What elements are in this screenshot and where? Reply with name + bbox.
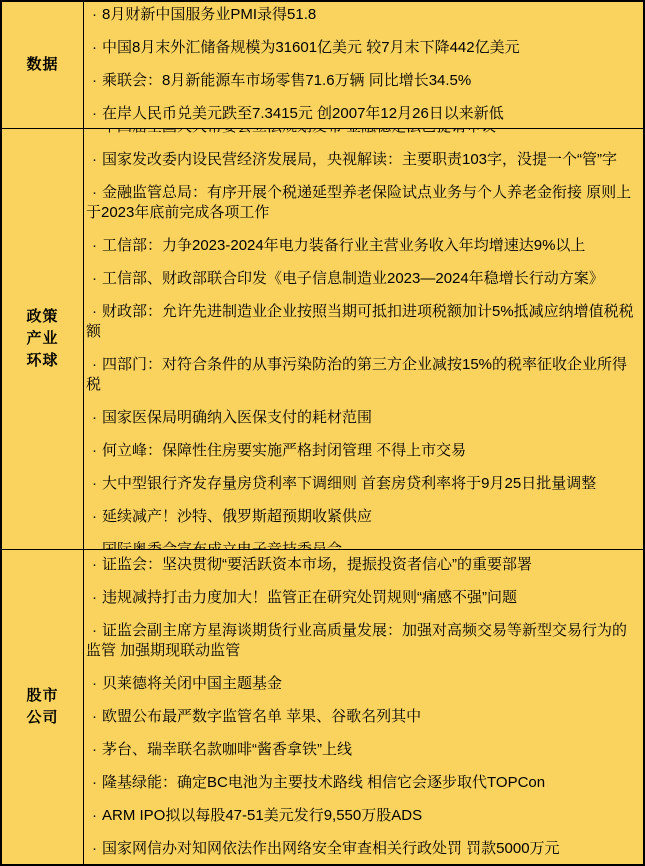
section-content: ·十四届全国人大常委会立法规划发布 金融稳定法已提请审议·国家发改委内设民营经济… <box>84 129 643 549</box>
news-item: ·工信部、财政部联合印发《电子信息制造业2023—2024年稳增长行动方案》 <box>86 269 635 289</box>
news-item-text: 证监会副主席方星海谈期货行业高质量发展：加强对高频交易等新型交易行为的监管 加强… <box>86 622 627 659</box>
bullet-icon: · <box>92 269 97 289</box>
news-item: ·十四届全国人大常委会立法规划发布 金融稳定法已提请审议 <box>86 129 635 137</box>
news-item-text: 工信部：力争2023-2024年电力装备行业主营业务收入年均增速达9%以上 <box>102 237 585 254</box>
section-label-data: 数据 <box>2 2 84 128</box>
news-item-text: 国家网信办对知网依法作出网络安全审查相关行政处罚 罚款5000万元 <box>102 840 560 857</box>
bullet-icon: · <box>92 707 97 727</box>
news-item: ·违规减持打击力度加大！监管正在研究处罚规则“痛感不强”问题 <box>86 588 635 608</box>
section-label-line: 数据 <box>26 54 58 76</box>
bullet-icon: · <box>92 183 97 203</box>
news-digest-table: 数据 ·8月财新中国服务业PMI录得51.8·中国8月末外汇储备规模为31601… <box>0 0 645 866</box>
bullet-icon: · <box>92 588 97 608</box>
section-label-line: 股市 <box>26 685 58 707</box>
news-item-text: 证监会：坚决贯彻“要活跃资本市场，提振投资者信心”的重要部署 <box>102 556 532 573</box>
section-row-policy-industry-global: 政策产业环球 ·十四届全国人大常委会立法规划发布 金融稳定法已提请审议·国家发改… <box>2 129 643 550</box>
news-item-text: 何立峰：保障性住房要实施严格封闭管理 不得上市交易 <box>102 442 466 459</box>
news-item-text: 违规减持打击力度加大！监管正在研究处罚规则“痛感不强”问题 <box>102 589 517 606</box>
news-item-text: 工信部、财政部联合印发《电子信息制造业2023—2024年稳增长行动方案》 <box>102 270 604 287</box>
news-item: ·四部门：对符合条件的从事污染防治的第三方企业减按15%的税率征收企业所得税 <box>86 355 635 395</box>
news-item-text: 国际奥委会宣布成立电子竞技委员会 <box>102 541 342 549</box>
news-item: ·中国8月末外汇储备规模为31601亿美元 较7月末下降442亿美元 <box>86 38 635 58</box>
section-content: ·8月财新中国服务业PMI录得51.8·中国8月末外汇储备规模为31601亿美元… <box>84 2 643 128</box>
news-item-text: 国家发改委内设民营经济发展局，央视解读：主要职责103字，没提一个“管”字 <box>102 151 617 168</box>
bullet-icon: · <box>92 540 97 549</box>
news-item: ·茅台、瑞幸联名款咖啡“酱香拿铁”上线 <box>86 740 635 760</box>
bullet-icon: · <box>92 355 97 375</box>
news-item: ·国家医保局明确纳入医保支付的耗材范围 <box>86 408 635 428</box>
news-item-text: 十四届全国人大常委会立法规划发布 金融稳定法已提请审议 <box>102 129 496 135</box>
news-item: ·乘联会：8月新能源车市场零售71.6万辆 同比增长34.5% <box>86 71 635 91</box>
news-item-text: 延续减产！沙特、俄罗斯超预期收紧供应 <box>102 508 372 525</box>
news-item: ·8月财新中国服务业PMI录得51.8 <box>86 5 635 25</box>
bullet-icon: · <box>92 302 97 322</box>
news-item: ·隆基绿能：确定BC电池为主要技术路线 相信它会逐步取代TOPCon <box>86 773 635 793</box>
bullet-icon: · <box>92 71 97 91</box>
news-item-text: 在岸人民币兑美元跌至7.3415元 创2007年12月26日以来新低 <box>102 105 504 122</box>
news-item: ·贝莱德将关闭中国主题基金 <box>86 674 635 694</box>
news-item-text: 隆基绿能：确定BC电池为主要技术路线 相信它会逐步取代TOPCon <box>102 774 545 791</box>
news-item: ·证监会：坚决贯彻“要活跃资本市场，提振投资者信心”的重要部署 <box>86 555 635 575</box>
bullet-icon: · <box>92 674 97 694</box>
news-item: ·国家发改委内设民营经济发展局，央视解读：主要职责103字，没提一个“管”字 <box>86 150 635 170</box>
section-label-policy-industry-global: 政策产业环球 <box>2 129 84 549</box>
news-item-text: 四部门：对符合条件的从事污染防治的第三方企业减按15%的税率征收企业所得税 <box>86 356 627 393</box>
news-item: ·国际奥委会宣布成立电子竞技委员会 <box>86 540 635 549</box>
news-item: ·何立峰：保障性住房要实施严格封闭管理 不得上市交易 <box>86 441 635 461</box>
news-item: ·在岸人民币兑美元跌至7.3415元 创2007年12月26日以来新低 <box>86 104 635 124</box>
bullet-icon: · <box>92 129 97 137</box>
bullet-icon: · <box>92 5 97 25</box>
bullet-icon: · <box>92 408 97 428</box>
news-item: ·延续减产！沙特、俄罗斯超预期收紧供应 <box>86 507 635 527</box>
news-item: ·国家网信办对知网依法作出网络安全审查相关行政处罚 罚款5000万元 <box>86 839 635 859</box>
news-item: ·金融监管总局：有序开展个税递延型养老保险试点业务与个人养老金衔接 原则上于20… <box>86 183 635 223</box>
section-label-line: 政策 <box>26 306 58 328</box>
section-label-line: 公司 <box>26 707 58 729</box>
section-content: ·证监会：坚决贯彻“要活跃资本市场，提振投资者信心”的重要部署·违规减持打击力度… <box>84 550 643 864</box>
section-row-data: 数据 ·8月财新中国服务业PMI录得51.8·中国8月末外汇储备规模为31601… <box>2 2 643 129</box>
bullet-icon: · <box>92 38 97 58</box>
bullet-icon: · <box>92 441 97 461</box>
section-label-stock-company: 股市公司 <box>2 550 84 864</box>
news-item-text: 贝莱德将关闭中国主题基金 <box>102 675 282 692</box>
news-item: ·大中型银行齐发存量房贷利率下调细则 首套房贷利率将于9月25日批量调整 <box>86 474 635 494</box>
news-item-text: 欧盟公布最严数字监管名单 苹果、谷歌名列其中 <box>102 708 421 725</box>
bullet-icon: · <box>92 806 97 826</box>
news-item-text: 中国8月末外汇储备规模为31601亿美元 较7月末下降442亿美元 <box>102 39 520 56</box>
news-item: ·ARM IPO拟以每股47-51美元发行9,550万股ADS <box>86 806 635 826</box>
bullet-icon: · <box>92 555 97 575</box>
section-row-stock-company: 股市公司 ·证监会：坚决贯彻“要活跃资本市场，提振投资者信心”的重要部署·违规减… <box>2 550 643 864</box>
news-item-text: 茅台、瑞幸联名款咖啡“酱香拿铁”上线 <box>102 741 352 758</box>
news-item-text: ARM IPO拟以每股47-51美元发行9,550万股ADS <box>102 807 422 824</box>
news-item-text: 国家医保局明确纳入医保支付的耗材范围 <box>102 409 372 426</box>
news-item: ·证监会副主席方星海谈期货行业高质量发展：加强对高频交易等新型交易行为的监管 加… <box>86 621 635 661</box>
bullet-icon: · <box>92 773 97 793</box>
news-item-text: 大中型银行齐发存量房贷利率下调细则 首套房贷利率将于9月25日批量调整 <box>102 475 596 492</box>
section-label-line: 产业 <box>26 328 58 350</box>
bullet-icon: · <box>92 507 97 527</box>
news-item-text: 乘联会：8月新能源车市场零售71.6万辆 同比增长34.5% <box>102 72 471 89</box>
bullet-icon: · <box>92 474 97 494</box>
bullet-icon: · <box>92 236 97 256</box>
bullet-icon: · <box>92 621 97 641</box>
bullet-icon: · <box>92 150 97 170</box>
news-item-text: 8月财新中国服务业PMI录得51.8 <box>102 6 316 23</box>
news-item: ·财政部：允许先进制造业企业按照当期可抵扣进项税额加计5%抵减应纳增值税税额 <box>86 302 635 342</box>
section-label-line: 环球 <box>26 350 58 372</box>
news-item: ·工信部：力争2023-2024年电力装备行业主营业务收入年均增速达9%以上 <box>86 236 635 256</box>
bullet-icon: · <box>92 104 97 124</box>
news-item-text: 财政部：允许先进制造业企业按照当期可抵扣进项税额加计5%抵减应纳增值税税额 <box>86 303 634 340</box>
bullet-icon: · <box>92 740 97 760</box>
news-item-text: 金融监管总局：有序开展个税递延型养老保险试点业务与个人养老金衔接 原则上于202… <box>86 184 631 221</box>
bullet-icon: · <box>92 839 97 859</box>
news-item: ·欧盟公布最严数字监管名单 苹果、谷歌名列其中 <box>86 707 635 727</box>
